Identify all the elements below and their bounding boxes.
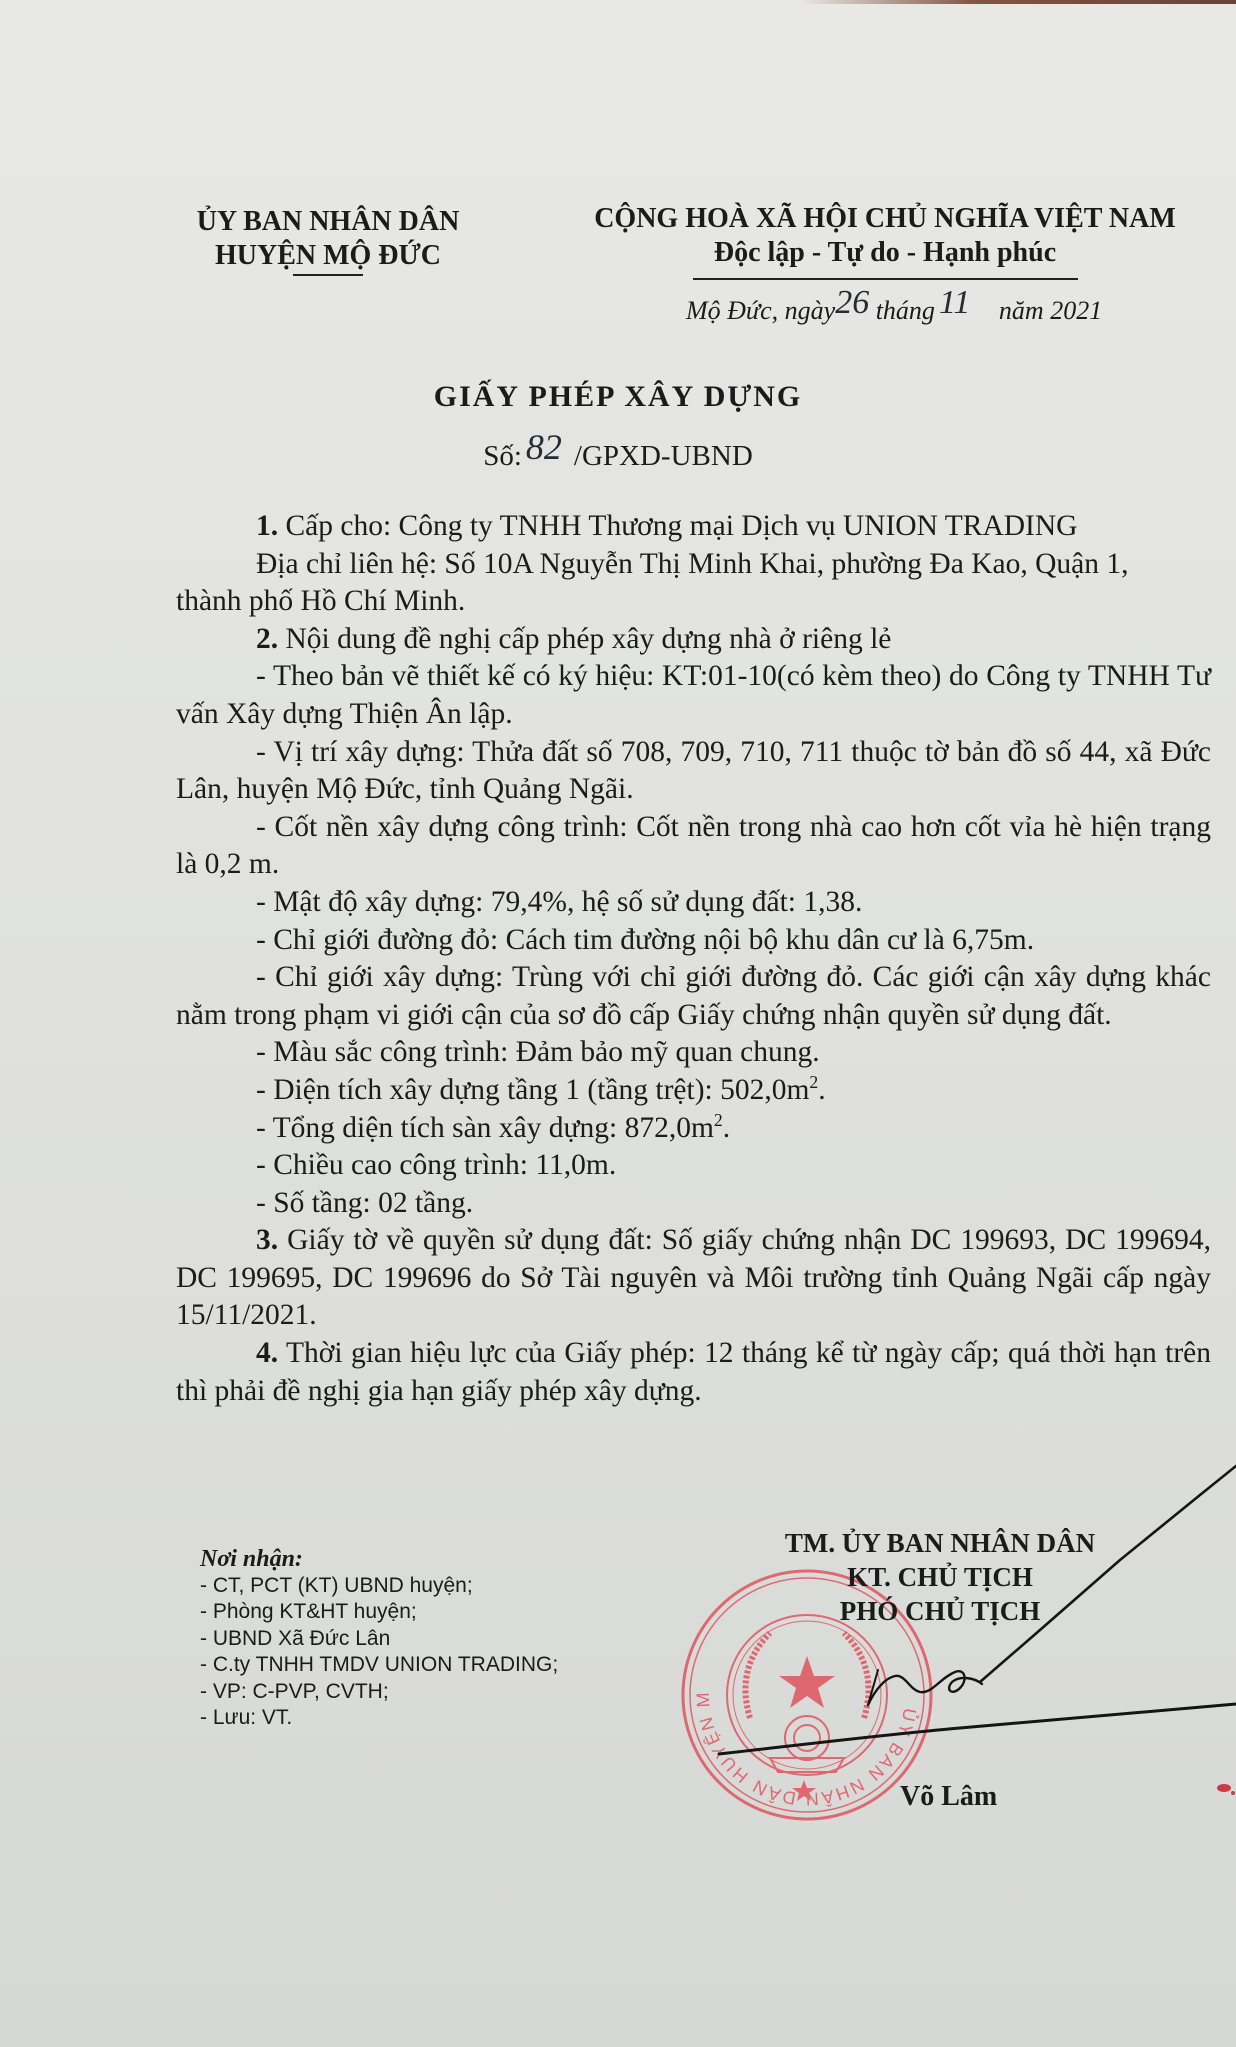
nation-motto: Độc lập - Tự do - Hạnh phúc — [570, 236, 1200, 270]
motto-underline — [693, 278, 1078, 280]
ground-area-text: - Diện tích xây dựng tầng 1 (tầng trệt):… — [256, 1074, 809, 1106]
section-4: 4. Thời gian hiệu lực của Giấy phép: 12 … — [176, 1335, 1211, 1410]
dateline-month-label: tháng — [876, 296, 935, 325]
address-line: Địa chỉ liên hệ: Số 10A Nguyễn Thị Minh … — [256, 548, 1129, 580]
number-suffix: /GPXD-UBND — [574, 440, 753, 472]
agency-underline — [293, 274, 363, 276]
recipients-list: Nơi nhận: - CT, PCT (KT) UBND huyện; - P… — [200, 1546, 558, 1732]
dateline-year: năm 2021 — [999, 296, 1102, 325]
s2-item-red-line: - Chỉ giới đường đỏ: Cách tim đường nội … — [176, 922, 1211, 960]
period: . — [723, 1112, 730, 1144]
handwritten-month: 11 — [939, 284, 970, 322]
sign-line-3: PHÓ CHỦ TỊCH — [740, 1594, 1140, 1628]
document-title: GIẤY PHÉP XÂY DỰNG — [0, 380, 1236, 414]
section-2: 2. Nội dung đề nghị cấp phép xây dựng nh… — [176, 621, 1211, 659]
section-2-number: 2. — [256, 623, 278, 655]
s2-item-height: - Chiều cao công trình: 11,0m. — [176, 1147, 1211, 1185]
recipient-item: - C.ty TNHH TMDV UNION TRADING; — [200, 1652, 558, 1679]
agency-line-1: ỦY BAN NHÂN DÂN — [183, 205, 473, 239]
recipient-item: - Lưu: VT. — [200, 1705, 558, 1732]
permit-body: 1. Cấp cho: Công ty TNHH Thương mại Dịch… — [176, 508, 1211, 1410]
s2-item-location: - Vị trí xây dựng: Thửa đất số 708, 709,… — [176, 734, 1211, 809]
s2-item-density: - Mật độ xây dựng: 79,4%, hệ số sử dụng … — [176, 884, 1211, 922]
section-3-number: 3. — [256, 1224, 278, 1256]
period: . — [818, 1074, 825, 1106]
national-header: CỘNG HOÀ XÃ HỘI CHỦ NGHĨA VIỆT NAM Độc l… — [570, 202, 1200, 270]
s2-item-color: - Màu sắc công trình: Đảm bảo mỹ quan ch… — [176, 1034, 1211, 1072]
s2-item-build-line: - Chỉ giới xây dựng: Trùng với chỉ giới … — [176, 959, 1211, 1034]
section-1-number: 1. — [256, 510, 278, 542]
agency-line-2: HUYỆN MỘ ĐỨC — [183, 239, 473, 273]
recipient-item: - CT, PCT (KT) UBND huyện; — [200, 1573, 558, 1600]
superscript: 2 — [714, 1110, 723, 1130]
sign-line-1: TM. ỦY BAN NHÂN DÂN — [740, 1526, 1140, 1560]
s2-item-total-area: - Tổng diện tích sàn xây dựng: 872,0m2. — [176, 1110, 1211, 1148]
superscript: 2 — [809, 1072, 818, 1092]
dateline: Mộ Đức, ngày26 tháng11 năm 2021 — [686, 290, 1102, 328]
recipient-item: - Phòng KT&HT huyện; — [200, 1599, 558, 1626]
handwritten-number: 82 — [526, 426, 562, 468]
section-4-text: Thời gian hiệu lực của Giấy phép: 12 thá… — [176, 1337, 1211, 1407]
section-1-address: Địa chỉ liên hệ: Số 10A Nguyễn Thị Minh … — [176, 546, 1211, 584]
recipients-title: Nơi nhận: — [200, 1546, 558, 1573]
section-3-text: Giấy tờ về quyền sử dụng đất: Số giấy ch… — [176, 1224, 1211, 1331]
sign-line-2: KT. CHỦ TỊCH — [740, 1560, 1140, 1594]
s2-item-ground-area: - Diện tích xây dựng tầng 1 (tầng trệt):… — [176, 1072, 1211, 1110]
signature-block: TM. ỦY BAN NHÂN DÂN KT. CHỦ TỊCH PHÓ CHỦ… — [740, 1526, 1140, 1628]
issuing-agency: ỦY BAN NHÂN DÂN HUYỆN MỘ ĐỨC — [183, 205, 473, 273]
nation-name: CỘNG HOÀ XÃ HỘI CHỦ NGHĨA VIỆT NAM — [570, 202, 1200, 236]
section-4-number: 4. — [256, 1337, 278, 1369]
s2-item-floors: - Số tầng: 02 tầng. — [176, 1185, 1211, 1223]
dateline-place: Mộ Đức, ngày — [686, 296, 835, 325]
photo-edge-shadow — [800, 0, 1236, 4]
section-1-address-cont: thành phố Hồ Chí Minh. — [176, 583, 1211, 621]
number-prefix: Số: — [483, 440, 522, 472]
section-3: 3. Giấy tờ về quyền sử dụng đất: Số giấy… — [176, 1222, 1211, 1335]
handwritten-day: 26 — [835, 284, 869, 322]
section-1: 1. Cấp cho: Công ty TNHH Thương mại Dịch… — [176, 508, 1211, 546]
section-1-text: Cấp cho: Công ty TNHH Thương mại Dịch vụ… — [278, 510, 1077, 542]
recipient-item: - UBND Xã Đức Lân — [200, 1626, 558, 1653]
recipient-item: - VP: C-PVP, CVTH; — [200, 1679, 558, 1706]
signer-name: Võ Lâm — [900, 1781, 997, 1813]
s2-item-floor-level: - Cốt nền xây dựng công trình: Cốt nền t… — [176, 809, 1211, 884]
section-2-text: Nội dung đề nghị cấp phép xây dựng nhà ở… — [278, 623, 891, 655]
document-number: Số:82/GPXD-UBND — [0, 432, 1236, 474]
s2-item-drawing: - Theo bản vẽ thiết kế có ký hiệu: KT:01… — [176, 658, 1211, 733]
total-area-text: - Tổng diện tích sàn xây dựng: 872,0m — [256, 1112, 714, 1144]
